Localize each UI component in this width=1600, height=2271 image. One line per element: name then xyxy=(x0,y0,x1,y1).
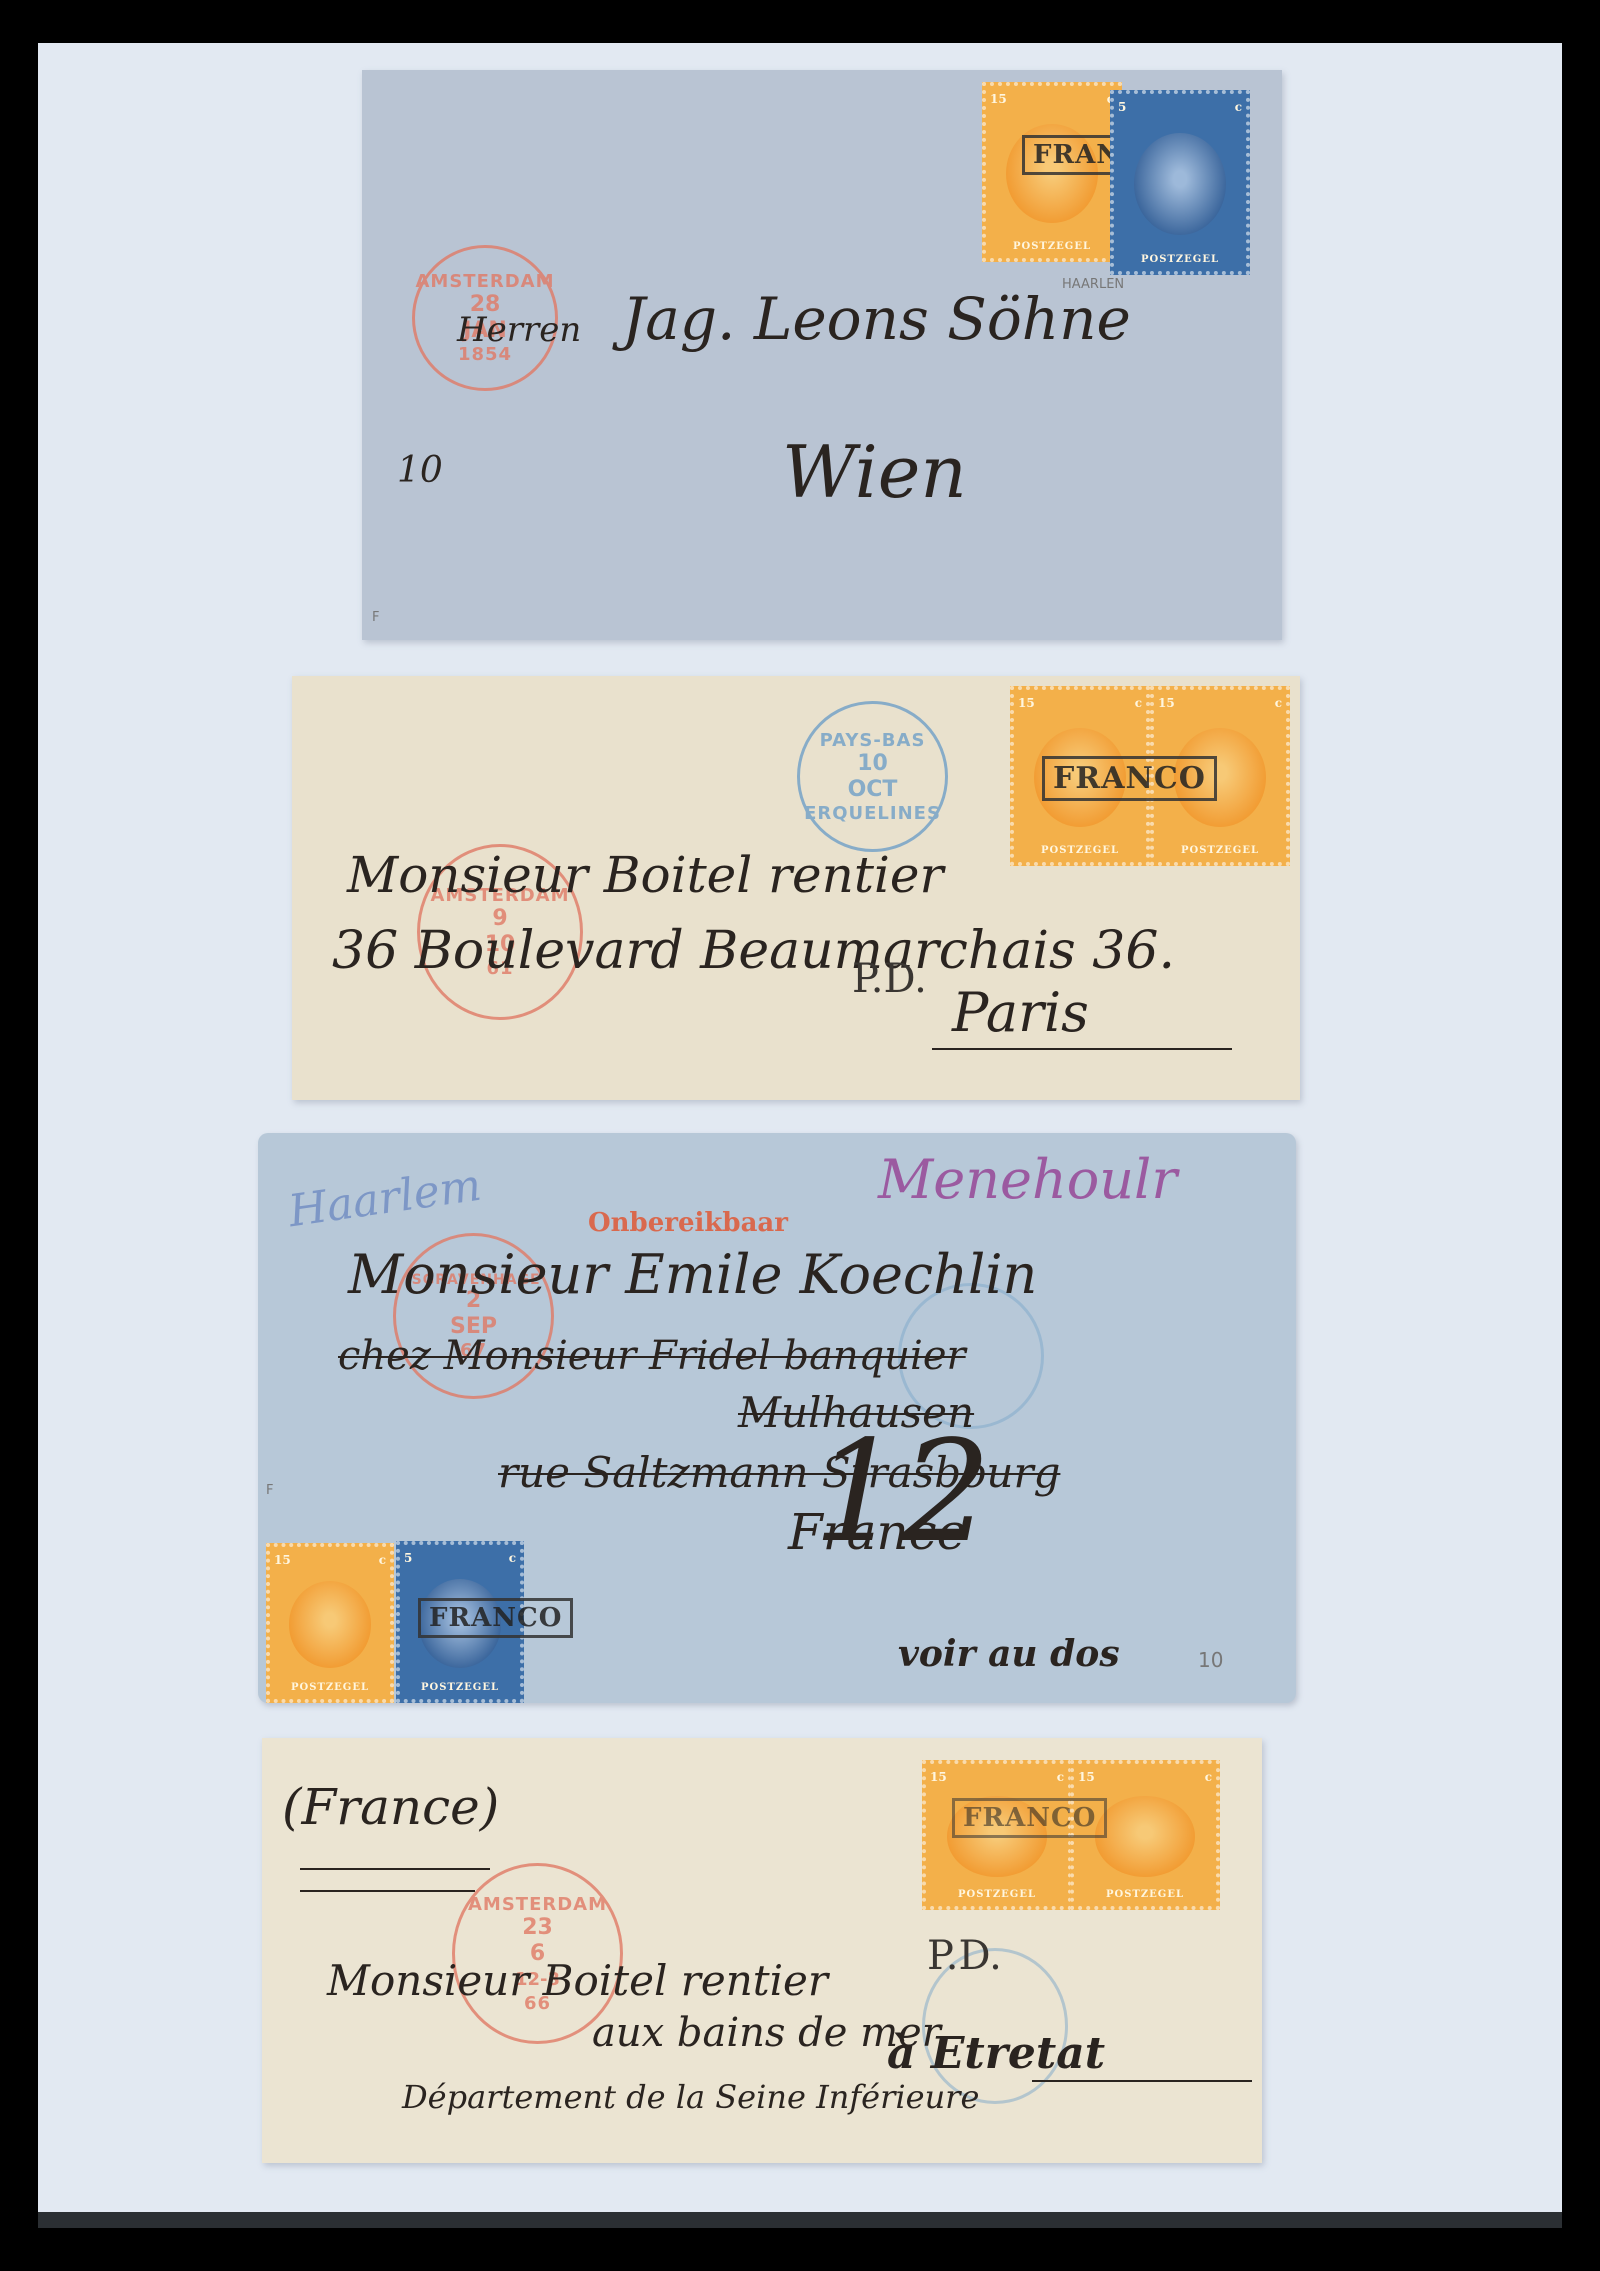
pd-mark: P.D. xyxy=(927,1933,1002,1979)
portrait-icon xyxy=(1134,133,1226,235)
franco-cancel: FRANCO xyxy=(952,1798,1107,1838)
postage-due-mark: 12 xyxy=(813,1423,991,1563)
address-prefix: Herren xyxy=(457,310,581,350)
address-name: Jag. Leons Söhne xyxy=(622,285,1131,353)
address-city: Wien xyxy=(782,430,967,514)
address-care-of: chez Monsieur Fridel banquier xyxy=(338,1333,966,1379)
postmark-pays-bas: PAYS-BAS 10 OCT ERQUELINES xyxy=(797,701,948,852)
franco-cancel: FRANCO xyxy=(418,1598,573,1638)
stamp-blue-5: 5c POSTZEGEL xyxy=(1110,90,1250,275)
pd-mark: P.D. xyxy=(852,956,927,1002)
cover-3: Haarlem Onbereikbaar Menehoulr 'SGRAVENH… xyxy=(258,1133,1296,1703)
address-city: à Etretat xyxy=(887,2028,1105,2079)
corner-note: F xyxy=(372,610,379,625)
red-label: Onbereikbaar xyxy=(588,1208,788,1238)
footer-note: voir au dos xyxy=(898,1633,1120,1675)
address-department: Département de la Seine Inférieure xyxy=(402,2078,979,2116)
address-street: 36 Boulevard Beaumarchais 36. xyxy=(332,921,1175,981)
rate-mark: 10 xyxy=(397,450,443,491)
franco-cancel: FRANCO xyxy=(1042,756,1217,801)
address-recipient: Monsieur Boitel rentier xyxy=(327,1956,828,2005)
underline xyxy=(932,1048,1232,1050)
cover-1: 15c POSTZEGEL FRANCO 5c POSTZEGEL HAARLE… xyxy=(362,70,1282,640)
pencil-price: 10 xyxy=(1198,1648,1223,1672)
underline-2 xyxy=(300,1890,475,1892)
underline-city xyxy=(1032,2080,1252,2082)
corner-note: F xyxy=(266,1483,273,1498)
cover-2: 15c POSTZEGEL 15c POSTZEGEL FRANCO PAYS-… xyxy=(292,676,1300,1100)
address-recipient: Monsieur Emile Koechlin xyxy=(348,1243,1037,1306)
portrait-icon xyxy=(1095,1796,1194,1877)
page-bottom-edge xyxy=(38,2212,1562,2228)
country-label: (France) xyxy=(282,1778,499,1836)
address-city: Paris xyxy=(952,981,1089,1044)
violet-note: Menehoulr xyxy=(878,1148,1177,1211)
stamp-orange-15: 15c POSTZEGEL xyxy=(266,1543,394,1703)
blue-pencil-note: Haarlem xyxy=(285,1160,484,1237)
portrait-icon xyxy=(289,1581,372,1668)
cover-4: (France) 15c POSTZEGEL 15c POSTZEGEL FRA… xyxy=(262,1738,1262,2163)
underline-1 xyxy=(300,1868,490,1870)
address-recipient: Monsieur Boitel rentier xyxy=(347,846,943,904)
